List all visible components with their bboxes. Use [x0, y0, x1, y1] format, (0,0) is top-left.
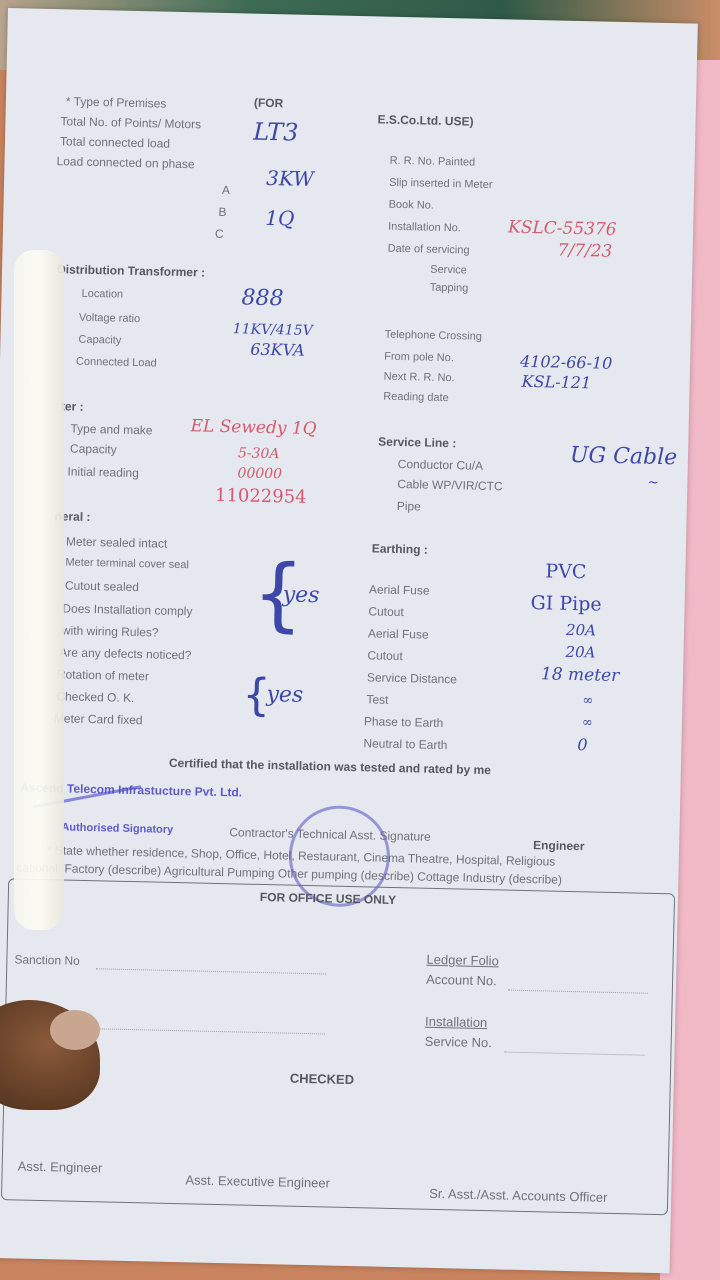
service-label: Service [430, 264, 467, 277]
next-rr-value: KSL-121 [521, 372, 591, 393]
tapping-label: Tapping [430, 282, 469, 295]
reading-date-label: Reading date [383, 391, 449, 404]
premises-label-type: * Type of Premises [66, 94, 167, 110]
earthing-label-2: Cutout [368, 604, 404, 619]
form-sheet: (FOR E.S.Co.Ltd. USE) * Type of Premises… [0, 8, 698, 1273]
date-servicing-value: 7/7/23 [557, 241, 612, 262]
general-label-5: with wiring Rules? [62, 623, 159, 639]
general-label-7: Rotation of meter [57, 667, 149, 683]
capacity-label: Capacity [78, 334, 121, 347]
checked-label: CHECKED [290, 1071, 355, 1087]
account-no-label: Account No. [426, 972, 497, 989]
certification-statement: Certified that the installation was test… [169, 756, 491, 777]
general-label-4: Does Installation comply [62, 601, 192, 618]
type-make-label: Type and make [70, 422, 152, 438]
earthing-label-5: Service Distance [367, 670, 457, 686]
transformer-heading: Distribution Transformer : [57, 262, 205, 279]
connected-load-label: Connected Load [76, 356, 157, 370]
pipe-label: Pipe [397, 499, 421, 514]
general-answer-2: yes [266, 682, 303, 708]
earthing-label-4: Cutout [367, 648, 403, 663]
phase-a: A [222, 183, 230, 197]
meter-capacity-value: 5-30A [238, 445, 280, 462]
phase-b: B [218, 205, 226, 219]
engineer-label: Engineer [533, 838, 585, 853]
premises-label-load: Total connected load [60, 134, 170, 150]
general-answer-1: yes [282, 582, 319, 608]
conductor-label: Conductor Cu/A [398, 457, 484, 473]
fingernail [50, 1010, 100, 1050]
earthing-label-1: Aerial Fuse [369, 582, 430, 597]
general-label-8: Checked O. K. [56, 689, 134, 705]
service-line-heading: Service Line : [378, 435, 456, 451]
telephone-crossing-label: Telephone Crossing [385, 329, 482, 343]
ledger-folio-label: Ledger Folio [426, 952, 499, 969]
premises-label-phase: Load connected on phase [56, 154, 194, 171]
initial-reading-value: 00000 [237, 465, 282, 482]
meter-heading: ter : [61, 399, 84, 414]
for-label: (FOR [254, 96, 284, 111]
earthing-value-6: ∞ [582, 693, 593, 708]
voltage-ratio-value: 11KV/415V [233, 321, 313, 339]
earthing-value-1: PVC [545, 560, 587, 583]
earthing-value-7: ∞ [582, 715, 593, 730]
earthing-value-8: 0 [577, 735, 588, 754]
service-no-label: Service No. [424, 1034, 492, 1051]
rr-painted-label: R. R. No. Painted [389, 155, 475, 169]
asst-engineer-label: Asst. Engineer [18, 1159, 103, 1176]
initial-reading-label: Initial reading [67, 464, 139, 480]
premises-type-value: LT3 [253, 118, 299, 147]
general-label-3: Cutout sealed [65, 578, 139, 594]
cable-label: Cable WP/VIR/CTC [397, 477, 503, 493]
pen-object [14, 250, 64, 930]
book-no-label: Book No. [388, 199, 434, 212]
location-label: Location [81, 288, 123, 301]
installation-no-value: KSLC-55376 [508, 217, 617, 239]
earthing-label-8: Neutral to Earth [363, 736, 447, 752]
phase-c: C [215, 227, 224, 241]
type-make-value: EL Sewedy 1Q [190, 416, 316, 439]
phase-b-value: 1Q [265, 206, 295, 231]
sanction-no-label: Sanction No [14, 952, 80, 967]
authorised-signatory-label: Authorised Signatory [61, 821, 173, 836]
next-rr-label: Next R. R. No. [384, 371, 455, 385]
installation-label: Installation [425, 1014, 487, 1030]
from-pole-label: From pole No. [384, 351, 454, 365]
voltage-ratio-label: Voltage ratio [79, 312, 140, 325]
earthing-label-7: Phase to Earth [364, 714, 444, 730]
general-label-2: Meter terminal cover seal [65, 556, 189, 571]
location-value: 888 [241, 285, 284, 311]
meter-capacity-label: Capacity [70, 442, 117, 457]
earthing-heading: Earthing : [372, 541, 428, 556]
installation-no-label: Installation No. [388, 221, 461, 235]
date-servicing-label: Date of servicing [388, 243, 470, 257]
earthing-label-6: Test [366, 692, 388, 706]
general-label-1: Meter sealed intact [66, 534, 168, 550]
from-pole-value: 4102-66-10 [520, 352, 613, 373]
earthing-value-3: 20A [566, 621, 596, 640]
cable-value: ~ [647, 475, 659, 491]
connected-load-value: 3KW [266, 166, 314, 191]
earthing-value-5: 18 meter [541, 664, 620, 686]
capacity-value: 63KVA [250, 340, 305, 360]
meter-serial-value: 11022954 [215, 485, 307, 508]
earthing-label-3: Aerial Fuse [368, 626, 429, 641]
slip-label: Slip inserted in Meter [389, 177, 493, 191]
earthing-value-4: 20A [565, 643, 595, 662]
earthing-value-2: GI Pipe [530, 592, 601, 616]
conductor-value: UG Cable [570, 443, 678, 470]
general-label-6: Are any defects noticed? [59, 645, 191, 662]
premises-label-points: Total No. of Points/ Motors [60, 114, 201, 131]
general-label-9: Meter Card fixed [54, 711, 143, 727]
use-label: E.S.Co.Ltd. USE) [377, 112, 473, 128]
